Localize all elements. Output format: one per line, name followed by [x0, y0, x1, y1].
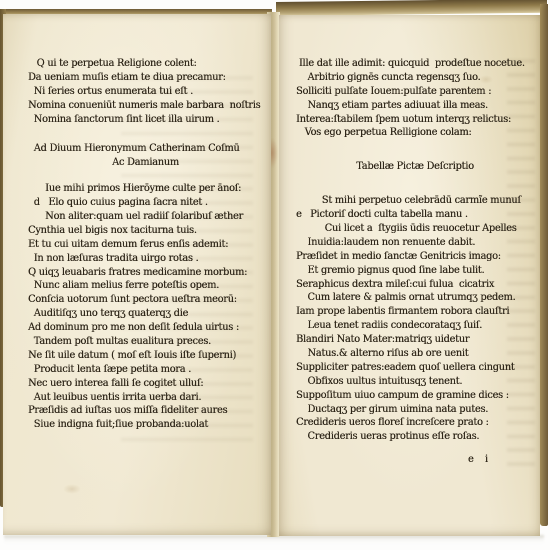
text-line: Da ueniam muſis etiam te diua precamur:: [28, 71, 263, 85]
text-line: Iue mihi primos Hierōyme culte per ānoſ:: [28, 182, 263, 196]
text-line: Ne ſit uile datum ( moſ eſt Iouis iſte ſ…: [28, 349, 263, 363]
text-line: Nomina ſanctorum ſint licet illa uirum .: [28, 113, 263, 127]
text-line: Natus.& alterno riſus ab ore uenit: [296, 347, 534, 361]
text-line: Inuidia:laudem non renuente dabit.: [296, 236, 534, 250]
text-line: Credideris ueras protinus eſſe roſas.: [296, 430, 534, 444]
text-line: Cui licet a ſtygiis ūdis reuocetur Apell…: [296, 222, 534, 236]
text-line: Tandem poſt multas eualitura preces.: [28, 335, 263, 349]
blank-line: [28, 170, 263, 182]
text-line: Non aliter:quam uel radiiſ ſolaribuſ æth…: [28, 210, 263, 224]
section-heading: Tabellæ Pictæ Deſcriptio: [296, 160, 534, 174]
text-line: Ille dat ille adimit: quicquid prodeſtue…: [296, 57, 534, 71]
text-line: Aut leuibus uentis irrita uerba dari.: [28, 391, 263, 405]
text-line: Cum latere & palmis ornat utrumqʒ pedem.: [296, 291, 534, 305]
text-line: Arbitrio gignēs cuncta regensqʒ ſuo.: [296, 71, 534, 85]
text-line: Leua tenet radiis condecorataqʒ ſuiſ.: [296, 319, 534, 333]
text-line: d Elo quio cuius pagina ſacra nitet .: [28, 196, 263, 210]
text-line: Iam prope labentis firmantem robora clau…: [296, 305, 534, 319]
text-line: Auditiſqʒ uno terqʒ quaterqʒ die: [28, 307, 263, 321]
blank-line: [296, 140, 534, 160]
text-line: In non læſuras tradita uirgo rotas .: [28, 252, 263, 266]
poem-stanza: Iue mihi primos Hierōyme culte per ānoſ:…: [28, 182, 263, 432]
text-line: Seraphicus dextra mileſ:cui fulua cicatr…: [296, 278, 534, 292]
blank-line: [28, 126, 263, 142]
text-line: Credideris ueros floreſ increſcere prato…: [296, 416, 534, 430]
blank-line: [296, 174, 534, 194]
text-line: e Pictoriſ docti culta tabella manu .: [296, 208, 534, 222]
foxing-spot: [63, 484, 81, 494]
poem-stanza: St mihi perpetuo celebrādū carmĩe munuſe…: [296, 194, 534, 444]
book-photo: Q ui te perpetua Religione colent:Da uen…: [0, 0, 550, 550]
text-line: Blandiri Nato Mater:matriqʒ uidetur: [296, 333, 534, 347]
text-line: Præſidet in medio ſanctæ Genitricis imag…: [296, 250, 534, 264]
right-text-block: Ille dat ille adimit: quicquid prodeſtue…: [296, 57, 534, 467]
text-line: St mihi perpetuo celebrādū carmĩe munuſ: [296, 194, 534, 208]
text-line: Ni ſeries ortus enumerata tui eſt .: [28, 85, 263, 99]
text-line: Q uiqʒ leuabaris fratres medicamine morb…: [28, 266, 263, 280]
text-line: Nec uero interea falli ſe cogitet ulluſ:: [28, 377, 263, 391]
text-line: Nanqʒ etiam partes adiuuat illa meas.: [296, 99, 534, 113]
signature-mark: e i: [296, 453, 534, 467]
text-line: Et gremio pignus quod ſine labe tulit.: [296, 264, 534, 278]
text-line: Nunc aliam melius ferre poteſtis opem.: [28, 279, 263, 293]
book-right-edge: [540, 4, 548, 526]
text-line: Nomina conueniūt numeris male barbara no…: [28, 99, 263, 113]
text-line: Solliciti pulſate Iouem:pulſate parentem…: [296, 85, 534, 99]
text-line: Suppliciter patres:eadem quoſ uellera ci…: [296, 361, 534, 375]
poem-stanza: Q ui te perpetua Religione colent:Da uen…: [28, 57, 263, 126]
text-line: Obfixos uultus intuitusqʒ tenent.: [296, 375, 534, 389]
poem-stanza: Ille dat ille adimit: quicquid prodeſtue…: [296, 57, 534, 140]
text-line: Siue indigna fuit;ſiue probanda:uolat: [28, 418, 263, 432]
text-line: Conſcia uotorum ſunt pectora ueſtra meor…: [28, 293, 263, 307]
text-line: Producit lenta ſæpe petita mora .: [28, 363, 263, 377]
text-line: Et tu cui uitam demum ferus enſis ademit…: [28, 238, 263, 252]
left-page: Q ui te perpetua Religione colent:Da uen…: [3, 14, 271, 535]
section-heading: Ac Damianum: [28, 156, 263, 170]
right-page: Ille dat ille adimit: quicquid prodeſtue…: [279, 15, 540, 536]
left-text-block: Q ui te perpetua Religione colent:Da uen…: [28, 57, 263, 432]
text-line: Interea:ſtabilem ſpem uotum interqʒ reli…: [296, 113, 534, 127]
book-top-edge-right: [276, 0, 547, 16]
text-line: Ductaqʒ per girum uimina nata putes.: [296, 403, 534, 417]
text-line: Suppoſitum uiuo campum de gramine dices …: [296, 389, 534, 403]
text-line: Præſidis ad iuſtas uos miſſa fideliter a…: [28, 404, 263, 418]
text-line: Vos ego perpetua Relligione colam:: [296, 126, 534, 140]
text-line: Ad dominum pro me non deſit ſedula uirtu…: [28, 321, 263, 335]
text-line: Cynthia uel bigis nox taciturna tuis.: [28, 224, 263, 238]
text-line: Q ui te perpetua Religione colent:: [28, 57, 263, 71]
section-heading: Ad Diuum Hieronymum Catherinam Coſmū: [28, 142, 263, 156]
